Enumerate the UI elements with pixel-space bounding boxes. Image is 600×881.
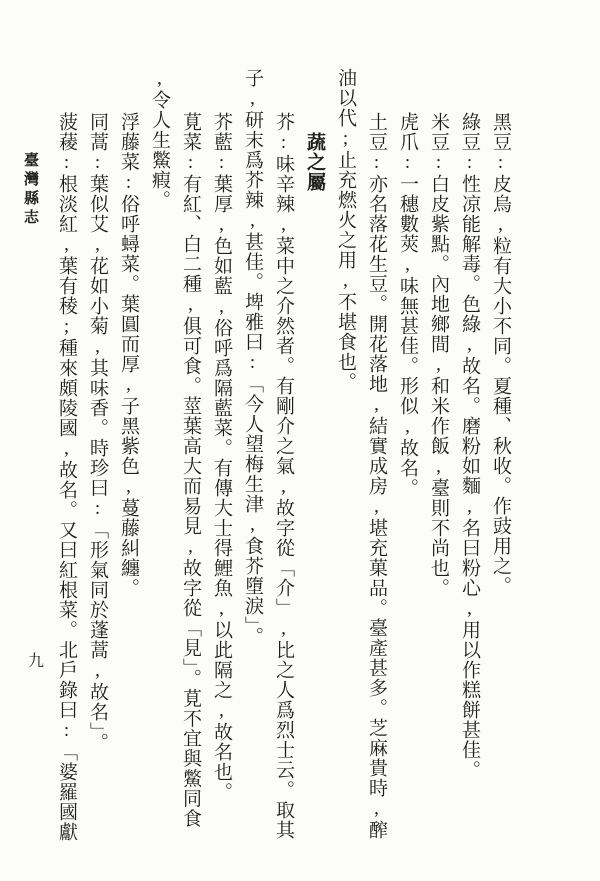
text-column-entry: 浮藤菜:俗呼蟳菜。葉圓而厚,子黑紫色,蔓藤糾纏。 (113, 68, 144, 836)
text-column-entry: 黑豆:皮烏,粒有大小不同。夏種、秋收。作豉用之。 (485, 68, 516, 836)
page-number: 九 (28, 648, 44, 671)
text-column-entry: 米豆:白皮紫點。內地鄉間,和米作飯,臺則不尚也。 (423, 68, 454, 836)
text-column-entry: 綠豆:性凉能解毒。色綠,故名。磨粉如麵,名曰粉心,用以作糕餅甚佳。 (454, 68, 485, 836)
text-column-entry: 芥藍:葉厚,色如藍,俗呼爲隔藍菜。有傳大士得鯉魚,以此隔之,故名也。 (206, 68, 237, 836)
scanned-page: 臺灣縣志 九 黑豆:皮烏,粒有大小不同。夏種、秋收。作豉用之。綠豆:性凉能解毒。… (0, 0, 600, 881)
text-column-entry: 同蒿:葉似艾,花如小菊,其味香。時珍曰:「形氣同於蓬蒿,故名」。 (82, 68, 113, 836)
text-column-entry: 菠薐:根淡紅,葉有稜;種來頗陵國,故名。又曰紅根菜。北戶錄曰:「婆羅國獻 (51, 68, 82, 836)
text-column-continuation: 油以代;止充燃火之用,不堪食也。 (330, 68, 361, 836)
section-header: 蔬之屬 (299, 68, 330, 836)
text-column-entry: 芥:味辛辣,菜中之介然者。有剛介之氣,故字從「介」,比之人爲烈士云。取其 (268, 68, 299, 836)
text-column-entry: 虎爪:一穗數莢,味無甚佳。形似,故名。 (392, 68, 423, 836)
text-column-entry: 土豆:亦名落花生豆。開花落地,結實成房,堪充菓品。臺產甚多。芝麻貴時,醡 (361, 68, 392, 836)
text-column-continuation: ,令人生鱉瘕。 (144, 68, 175, 836)
text-block: 黑豆:皮烏,粒有大小不同。夏種、秋收。作豉用之。綠豆:性凉能解毒。色綠,故名。磨… (51, 68, 516, 836)
book-spine-title: 臺灣縣志 (20, 152, 41, 228)
text-column-continuation: 子,研末爲芥辣,甚佳。埤雅曰:「今人望梅生津,食芥墮淚」。 (237, 68, 268, 836)
text-column-entry: 莧菜:有紅、白二種,俱可食。莖葉高大而易見,故字從「見」。莧不宜與鱉同食 (175, 68, 206, 836)
